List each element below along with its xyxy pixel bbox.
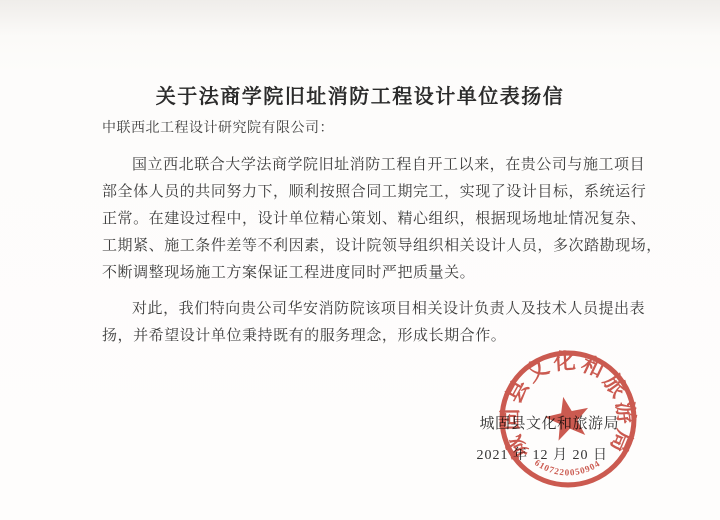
letter-body: 国立西北联合大学法商学院旧址消防工程自开工以来，在贵公司与施工项目 部全体人员的…	[102, 152, 627, 350]
official-seal: 城固县文化和旅游局 6107220050904	[495, 346, 641, 492]
body-line-1: 国立西北联合大学法商学院旧址消防工程自开工以来，在贵公司与施工项目	[102, 152, 627, 179]
body-line-6: 对此，我们特向贵公司华安消防院该项目相关设计负责人及技术人员提出表	[102, 296, 627, 323]
body-line-5: 不断调整现场施工方案保证工程进度同时严把质量关。	[102, 260, 627, 287]
seal-star-icon	[545, 397, 588, 441]
body-line-2: 部全体人员的共同努力下，顺利按照合同工期完工，实现了设计目标，系统运行	[102, 179, 627, 206]
letter-title: 关于法商学院旧址消防工程设计单位表扬信	[0, 80, 720, 109]
body-line-3: 正常。在建设过程中，设计单位精心策划、精心组织，根据现场地址情况复杂、	[102, 206, 627, 233]
salutation: 中联西北工程设计研究院有限公司：	[102, 117, 334, 137]
seal-serial-number: 6107220050904	[533, 457, 602, 477]
body-line-4: 工期紧、施工条件差等不利因素，设计院领导组织相关设计人员，多次踏勘现场，	[102, 233, 627, 260]
letter-page: 关于法商学院旧址消防工程设计单位表扬信 中联西北工程设计研究院有限公司： 国立西…	[0, 0, 720, 520]
